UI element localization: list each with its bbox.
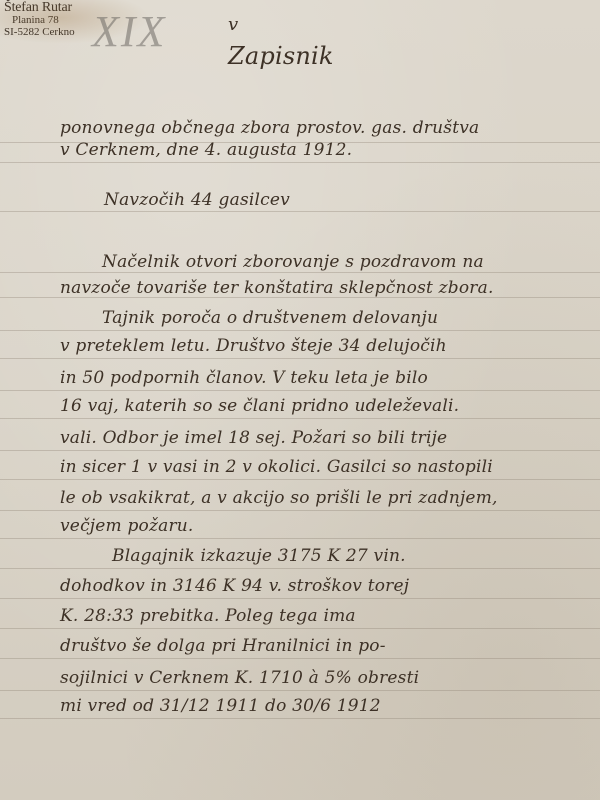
- body-line: K. 28:33 prebitka. Poleg tega ima: [60, 606, 356, 626]
- body-line: Tajnik poroča o društvenem delovanju: [102, 308, 438, 328]
- body-line: sojilnici v Cerknem K. 1710 à 5% obresti: [60, 668, 419, 688]
- ruled-line: [0, 390, 600, 391]
- owner-stamp: Štefan Rutar Planina 78 SI-5282 Cerkno: [4, 2, 75, 38]
- body-line: dohodkov in 3146 K 94 v. stroškov torej: [60, 576, 409, 596]
- ruled-line: [0, 162, 600, 163]
- title-caron-mark: v: [228, 14, 238, 35]
- body-line: vali. Odbor je imel 18 sej. Požari so bi…: [60, 428, 447, 448]
- ruled-line: [0, 510, 600, 511]
- heading-line-1: ponovnega občnega zbora prostov. gas. dr…: [60, 118, 479, 138]
- document-title: Zapisnik: [228, 42, 334, 70]
- folio-number: XIX: [92, 6, 166, 57]
- ruled-line: [0, 211, 600, 212]
- body-line: Blagajnik izkazuje 3175 K 27 vin.: [112, 546, 406, 566]
- body-line: večjem požaru.: [60, 516, 194, 536]
- attendance-line: Navzočih 44 gasilcev: [104, 190, 290, 210]
- ruled-line: [0, 690, 600, 691]
- ruled-line: [0, 658, 600, 659]
- ruled-line: [0, 718, 600, 719]
- body-line: v preteklem letu. Društvo šteje 34 deluj…: [60, 336, 447, 356]
- ruled-line: [0, 598, 600, 599]
- body-line: navzoče tovariše ter konštatira sklepčno…: [60, 278, 494, 298]
- stamp-postal: SI-5282 Cerkno: [4, 26, 75, 38]
- body-line: le ob vsakikrat, a v akcijo so prišli le…: [60, 488, 498, 508]
- body-line: društvo še dolga pri Hranilnici in po-: [60, 636, 386, 656]
- body-line: mi vred od 31/12 1911 do 30/6 1912: [60, 696, 381, 716]
- ruled-line: [0, 358, 600, 359]
- ruled-line: [0, 330, 600, 331]
- heading-line-2: v Cerknem, dne 4. augusta 1912.: [60, 140, 352, 160]
- body-line: in sicer 1 v vasi in 2 v okolici. Gasilc…: [60, 457, 493, 477]
- ruled-line: [0, 272, 600, 273]
- ruled-line: [0, 479, 600, 480]
- ruled-line: [0, 538, 600, 539]
- ruled-line: [0, 418, 600, 419]
- ruled-line: [0, 628, 600, 629]
- ruled-line: [0, 568, 600, 569]
- body-line: in 50 podpornih članov. V teku leta je b…: [60, 368, 428, 388]
- stamp-street: Planina 78: [4, 14, 75, 26]
- manuscript-page: Štefan Rutar Planina 78 SI-5282 Cerkno X…: [0, 0, 600, 800]
- body-line: 16 vaj, katerih so se člani pridno udele…: [60, 396, 459, 416]
- stamp-name: Štefan Rutar: [4, 2, 75, 14]
- ruled-line: [0, 450, 600, 451]
- body-line: Načelnik otvori zborovanje s pozdravom n…: [102, 252, 484, 272]
